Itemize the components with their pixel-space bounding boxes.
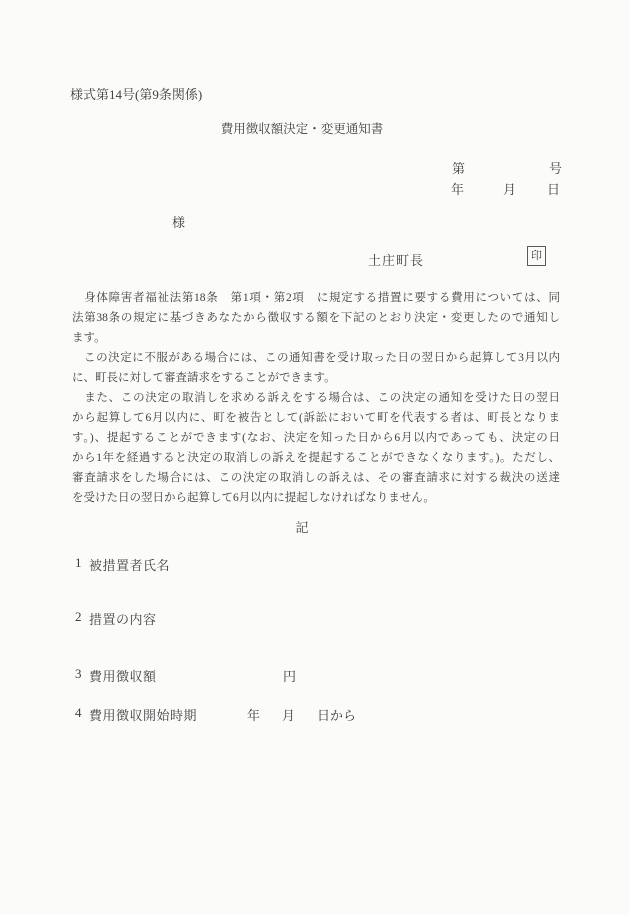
body-line: 審査請求をした場合には、この決定の取消しの訴えは、その審査請求に対する裁決の送達 xyxy=(72,468,560,488)
date-year-label: 年 xyxy=(451,179,464,198)
date-line: 年 月 日 xyxy=(0,179,630,196)
item-row-measure-details: 2 措置の内容 xyxy=(0,609,630,627)
seal-label: 印 xyxy=(531,251,542,262)
date-month-label: 月 xyxy=(503,179,516,198)
body-line: す。)、提起することができます(なお、決定を知った日から6月以内であっても、決定… xyxy=(72,428,560,448)
item-label: 費用徴収開始時期 xyxy=(89,705,197,724)
item-unit-yen: 円 xyxy=(283,666,296,685)
body-line: 身体障害者福祉法第18条 第1項・第2項 に規定する措置に要する費用については、… xyxy=(72,288,560,308)
document-title: 費用徴収額決定・変更通知書 xyxy=(72,119,532,137)
body-line: を受けた日の翌日から起算して6月以内に提起しなければなりません。 xyxy=(72,488,560,508)
notification-body: 身体障害者福祉法第18条 第1項・第2項 に規定する措置に要する費用については、… xyxy=(72,288,560,508)
doc-number-prefix: 第 xyxy=(452,158,465,177)
item-dayfrom-label: 日から xyxy=(317,705,356,724)
item-year-label: 年 xyxy=(247,705,260,724)
body-line: から1年を経過すると決定の取消しの訴えを提起することができなくなります。)。ただ… xyxy=(72,448,560,468)
item-month-label: 月 xyxy=(282,705,295,724)
issuer-name: 土庄町長 xyxy=(368,250,424,269)
section-marker-ki: 記 xyxy=(72,517,532,536)
document-page: 様式第14号(第9条関係) 費用徴収額決定・変更通知書 第 号 年 月 日 様 … xyxy=(0,0,630,915)
doc-number-line: 第 号 xyxy=(0,158,630,175)
body-line: この決定に不服がある場合には、この通知書を受け取った日の翌日から起算して3月以内 xyxy=(72,348,560,368)
body-line: また、この決定の取消しを求める訴えをする場合は、この決定の通知を受けた日の翌日 xyxy=(72,388,560,408)
date-day-label: 日 xyxy=(547,179,560,198)
form-number: 様式第14号(第9条関係) xyxy=(70,84,202,103)
body-line: 法第38条の規定に基づきあなたから徴収する額を下記のとおり決定・変更したので通知… xyxy=(72,308,560,328)
item-number: 3 xyxy=(75,666,82,682)
addressee-honorific: 様 xyxy=(172,212,185,231)
body-line: に、町長に対して審査請求をすることができます。 xyxy=(72,368,560,388)
item-row-collection-start: 4 費用徴収開始時期 年 月 日から xyxy=(0,705,630,723)
item-label: 被措置者氏名 xyxy=(89,555,170,574)
doc-number-suffix: 号 xyxy=(549,158,562,177)
item-row-collection-amount: 3 費用徴収額 円 xyxy=(0,666,630,684)
body-line: ます。 xyxy=(72,328,560,348)
item-label: 措置の内容 xyxy=(89,609,157,628)
body-line: から起算して6月以内に、町を被告として(訴訟において町を代表する者は、町長となり… xyxy=(72,408,560,428)
item-number: 4 xyxy=(75,705,82,721)
seal-box: 印 xyxy=(527,246,546,266)
item-number: 1 xyxy=(75,555,82,571)
item-number: 2 xyxy=(75,609,82,625)
item-label: 費用徴収額 xyxy=(89,666,157,685)
item-row-recipient-name: 1 被措置者氏名 xyxy=(0,555,630,573)
